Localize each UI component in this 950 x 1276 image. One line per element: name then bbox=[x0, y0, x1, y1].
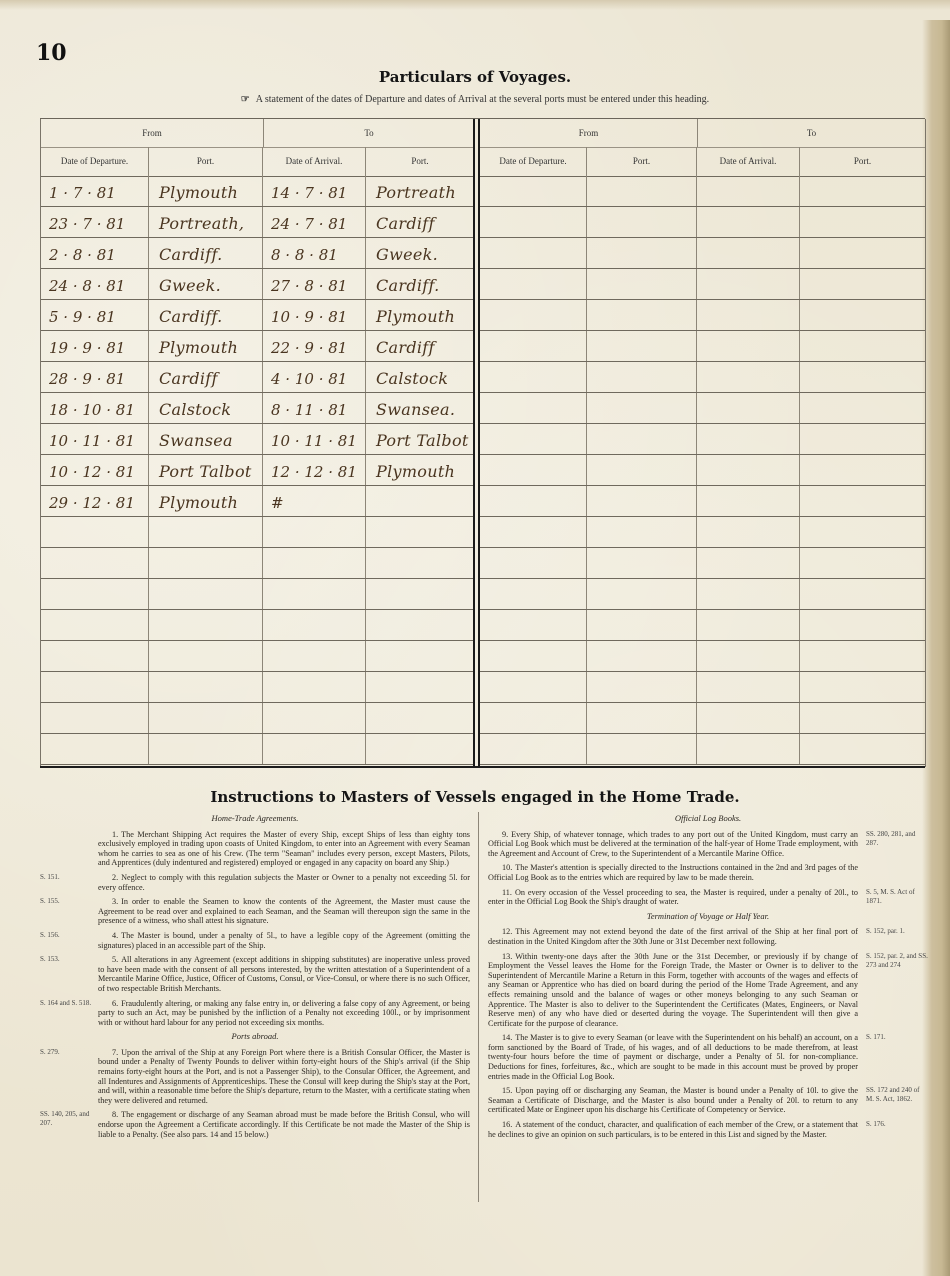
arrival-port-cell bbox=[366, 486, 474, 516]
arrival-date-cell bbox=[697, 238, 800, 268]
instruction-paragraph: 10.The Master's attention is specially d… bbox=[488, 863, 928, 882]
statute-reference: SS. 172 and 240 of M. S. Act, 1862. bbox=[858, 1086, 928, 1115]
departure-date-cell bbox=[480, 300, 587, 330]
statute-reference: S. 279. bbox=[40, 1048, 98, 1106]
arrival-port-cell bbox=[800, 703, 925, 733]
arrival-date-cell bbox=[697, 455, 800, 485]
departure-date-cell bbox=[41, 734, 149, 764]
arrival-port-cell: Cardiff. bbox=[366, 269, 474, 299]
statute-reference: S. 151. bbox=[40, 873, 98, 892]
arrival-date-cell bbox=[263, 517, 366, 547]
departure-date-cell bbox=[480, 269, 587, 299]
arrival-date-cell bbox=[263, 734, 366, 764]
departure-date-cell: 10 · 12 · 81 bbox=[41, 455, 149, 485]
departure-port-cell bbox=[587, 548, 697, 578]
paragraph-text: 10.The Master's attention is specially d… bbox=[488, 863, 858, 882]
instruction-paragraph: 9.Every Ship, of whatever tonnage, which… bbox=[488, 830, 928, 859]
departure-port-cell bbox=[149, 548, 263, 578]
departure-port-cell bbox=[149, 610, 263, 640]
arrival-date-cell: 14 · 7 · 81 bbox=[263, 176, 366, 206]
statute-reference bbox=[858, 863, 928, 882]
arrival-port-cell: Plymouth bbox=[366, 300, 474, 330]
table-row: 23 · 7 · 81Portreath,24 · 7 · 81Cardiff bbox=[41, 207, 474, 238]
paragraph-number: 10. bbox=[502, 863, 512, 872]
instruction-paragraph: 15.Upon paying off or discharging any Se… bbox=[488, 1086, 928, 1115]
paragraph-number: 16. bbox=[502, 1120, 512, 1129]
section-heading: Termination of Voyage or Half Year. bbox=[488, 912, 928, 922]
departure-date-cell bbox=[480, 517, 587, 547]
table-row-blank bbox=[480, 362, 925, 393]
group-header-from: From bbox=[41, 119, 263, 147]
table-row-blank bbox=[480, 269, 925, 300]
table-row-blank bbox=[480, 455, 925, 486]
instruction-paragraph: 12.This Agreement may not extend beyond … bbox=[488, 927, 928, 946]
table-row bbox=[41, 672, 474, 703]
departure-port-cell bbox=[587, 300, 697, 330]
arrival-date-cell bbox=[697, 703, 800, 733]
paragraph-text: 13.Within twenty-one days after the 30th… bbox=[488, 952, 858, 1029]
arrival-port-cell bbox=[800, 579, 925, 609]
table-bottom-rule bbox=[40, 766, 925, 768]
arrival-date-cell bbox=[697, 393, 800, 423]
departure-port-cell: Calstock bbox=[149, 393, 263, 423]
col-header-port: Port. bbox=[149, 147, 263, 176]
arrival-port-cell bbox=[800, 331, 925, 361]
paragraph-number: 9. bbox=[502, 830, 508, 839]
arrival-port-cell bbox=[800, 207, 925, 237]
col-header-date-of-departure: Date of Departure. bbox=[480, 147, 587, 176]
table-row-blank bbox=[480, 641, 925, 672]
departure-date-cell: 5 · 9 · 81 bbox=[41, 300, 149, 330]
col-header-date-of-departure: Date of Departure. bbox=[41, 147, 149, 176]
table-row: 18 · 10 · 81Calstock8 · 11 · 81Swansea. bbox=[41, 393, 474, 424]
statute-reference: S. 153. bbox=[40, 955, 98, 993]
arrival-port-cell bbox=[800, 610, 925, 640]
paragraph-body: The Merchant Shipping Act requires the M… bbox=[98, 830, 470, 868]
departure-port-cell bbox=[587, 703, 697, 733]
table-row-blank bbox=[480, 424, 925, 455]
paragraph-body: In order to enable the Seamen to know th… bbox=[98, 897, 470, 925]
arrival-date-cell bbox=[697, 486, 800, 516]
paragraph-number: 4. bbox=[112, 931, 118, 940]
table-row-blank bbox=[480, 548, 925, 579]
voyages-table: From To Date of Departure. Port. Date of… bbox=[40, 118, 925, 767]
paper-edge-top bbox=[0, 0, 950, 10]
table-row bbox=[41, 548, 474, 579]
arrival-port-cell bbox=[800, 455, 925, 485]
departure-date-cell: 1 · 7 · 81 bbox=[41, 176, 149, 206]
arrival-date-cell: 24 · 7 · 81 bbox=[263, 207, 366, 237]
paragraph-body: All alterations in any Agreement (except… bbox=[98, 955, 470, 993]
arrival-port-cell: Calstock bbox=[366, 362, 474, 392]
arrival-port-cell bbox=[366, 734, 474, 764]
table-row-blank bbox=[480, 517, 925, 548]
arrival-port-cell: Port Talbot bbox=[366, 424, 474, 454]
arrival-date-cell bbox=[697, 176, 800, 206]
departure-date-cell bbox=[480, 579, 587, 609]
departure-port-cell: Plymouth bbox=[149, 486, 263, 516]
arrival-date-cell bbox=[263, 610, 366, 640]
subtitle-text: A statement of the dates of Departure an… bbox=[256, 94, 709, 105]
instruction-paragraph: S. 155.3.In order to enable the Seamen t… bbox=[40, 897, 470, 926]
paragraph-body: Every Ship, of whatever tonnage, which t… bbox=[488, 830, 858, 858]
paragraph-number: 2. bbox=[112, 873, 118, 882]
arrival-date-cell: 22 · 9 · 81 bbox=[263, 331, 366, 361]
departure-date-cell bbox=[480, 672, 587, 702]
paragraph-number: 8. bbox=[112, 1110, 118, 1119]
page-title: Particulars of Voyages. bbox=[0, 68, 950, 86]
instruction-paragraph: 13.Within twenty-one days after the 30th… bbox=[488, 952, 928, 1029]
arrival-date-cell: 10 · 11 · 81 bbox=[263, 424, 366, 454]
paragraph-body: The engagement or discharge of any Seama… bbox=[98, 1110, 470, 1138]
paragraph-text: 16.A statement of the conduct, character… bbox=[488, 1120, 858, 1139]
arrival-port-cell: Cardiff bbox=[366, 207, 474, 237]
arrival-date-cell bbox=[697, 424, 800, 454]
departure-date-cell bbox=[480, 548, 587, 578]
departure-port-cell bbox=[587, 331, 697, 361]
paragraph-body: A statement of the conduct, character, a… bbox=[488, 1120, 858, 1139]
paragraph-text: 12.This Agreement may not extend beyond … bbox=[488, 927, 858, 946]
paragraph-body: The Master is bound, under a penalty of … bbox=[98, 931, 470, 950]
departure-date-cell bbox=[480, 331, 587, 361]
table-row bbox=[41, 641, 474, 672]
instruction-paragraph: S. 164 and S. 518.6.Fraudulently alterin… bbox=[40, 999, 470, 1028]
group-header-row: From To bbox=[480, 119, 925, 148]
arrival-date-cell: 27 · 8 · 81 bbox=[263, 269, 366, 299]
table-row bbox=[41, 579, 474, 610]
arrival-date-cell bbox=[697, 579, 800, 609]
departure-port-cell bbox=[587, 238, 697, 268]
statute-reference: S. 156. bbox=[40, 931, 98, 950]
instructions-right-column: Official Log Books.9.Every Ship, of what… bbox=[488, 812, 928, 1144]
arrival-port-cell bbox=[800, 734, 925, 764]
table-row-blank bbox=[480, 176, 925, 207]
voyages-table-left: From To Date of Departure. Port. Date of… bbox=[40, 119, 474, 767]
departure-date-cell bbox=[480, 176, 587, 206]
arrival-port-cell bbox=[800, 176, 925, 206]
departure-port-cell bbox=[149, 703, 263, 733]
arrival-port-cell bbox=[800, 300, 925, 330]
arrival-port-cell bbox=[800, 362, 925, 392]
voyages-table-right: From To Date of Departure. Port. Date of… bbox=[480, 119, 926, 767]
table-row: 1 · 7 · 81Plymouth14 · 7 · 81Portreath bbox=[41, 176, 474, 207]
statute-reference: SS. 280, 281, and 287. bbox=[858, 830, 928, 859]
table-row-blank bbox=[480, 393, 925, 424]
table-row-blank bbox=[480, 486, 925, 517]
statute-reference: S. 176. bbox=[858, 1120, 928, 1139]
instruction-paragraph: SS. 140, 205, and 207.8.The engagement o… bbox=[40, 1110, 470, 1139]
departure-date-cell: 29 · 12 · 81 bbox=[41, 486, 149, 516]
departure-port-cell bbox=[587, 610, 697, 640]
arrival-date-cell: 4 · 10 · 81 bbox=[263, 362, 366, 392]
table-row-blank bbox=[480, 207, 925, 238]
departure-date-cell bbox=[480, 207, 587, 237]
instruction-paragraph: 16.A statement of the conduct, character… bbox=[488, 1120, 928, 1139]
paragraph-body: The Master is to give to every Seaman (o… bbox=[488, 1033, 858, 1080]
arrival-port-cell bbox=[366, 703, 474, 733]
arrival-port-cell bbox=[800, 641, 925, 671]
statute-reference: S. 155. bbox=[40, 897, 98, 926]
departure-date-cell bbox=[480, 455, 587, 485]
arrival-date-cell bbox=[697, 641, 800, 671]
table-row-blank bbox=[480, 672, 925, 703]
statute-reference: SS. 140, 205, and 207. bbox=[40, 1110, 98, 1139]
arrival-date-cell: 8 · 8 · 81 bbox=[263, 238, 366, 268]
statute-reference bbox=[40, 830, 98, 868]
departure-port-cell: Plymouth bbox=[149, 176, 263, 206]
arrival-port-cell bbox=[800, 548, 925, 578]
instruction-paragraph: 1.The Merchant Shipping Act requires the… bbox=[40, 830, 470, 868]
arrival-port-cell bbox=[800, 517, 925, 547]
column-separator bbox=[478, 812, 479, 1202]
arrival-date-cell bbox=[697, 548, 800, 578]
departure-port-cell bbox=[587, 207, 697, 237]
instruction-paragraph: S. 151.2.Neglect to comply with this reg… bbox=[40, 873, 470, 892]
departure-date-cell: 23 · 7 · 81 bbox=[41, 207, 149, 237]
departure-date-cell bbox=[480, 610, 587, 640]
section-heading: Official Log Books. bbox=[488, 814, 928, 824]
departure-port-cell bbox=[587, 176, 697, 206]
departure-date-cell: 10 · 11 · 81 bbox=[41, 424, 149, 454]
departure-port-cell bbox=[587, 393, 697, 423]
group-header-from: From bbox=[480, 119, 697, 147]
arrival-date-cell bbox=[697, 207, 800, 237]
departure-date-cell bbox=[480, 641, 587, 671]
arrival-port-cell bbox=[366, 579, 474, 609]
departure-date-cell bbox=[41, 672, 149, 702]
paragraph-number: 15. bbox=[502, 1086, 512, 1095]
voyage-rows-blank bbox=[480, 176, 925, 765]
arrival-date-cell: 10 · 9 · 81 bbox=[263, 300, 366, 330]
table-row: 19 · 9 · 81Plymouth22 · 9 · 81Cardiff bbox=[41, 331, 474, 362]
paragraph-number: 7. bbox=[112, 1048, 118, 1057]
arrival-date-cell bbox=[697, 517, 800, 547]
section-heading: Home-Trade Agreements. bbox=[40, 814, 470, 824]
paragraph-text: 15.Upon paying off or discharging any Se… bbox=[488, 1086, 858, 1115]
arrival-date-cell bbox=[697, 300, 800, 330]
departure-date-cell bbox=[480, 238, 587, 268]
arrival-port-cell: Gweek. bbox=[366, 238, 474, 268]
arrival-port-cell bbox=[800, 393, 925, 423]
paragraph-text: 7.Upon the arrival of the Ship at any Fo… bbox=[98, 1048, 470, 1106]
arrival-date-cell bbox=[263, 703, 366, 733]
departure-date-cell bbox=[41, 703, 149, 733]
arrival-port-cell: Plymouth bbox=[366, 455, 474, 485]
col-header-date-of-arrival: Date of Arrival. bbox=[697, 147, 800, 176]
arrival-date-cell bbox=[697, 610, 800, 640]
table-row bbox=[41, 703, 474, 734]
arrival-port-cell: Swansea. bbox=[366, 393, 474, 423]
departure-date-cell bbox=[480, 424, 587, 454]
table-row: 10 · 11 · 81Swansea10 · 11 · 81Port Talb… bbox=[41, 424, 474, 455]
paragraph-text: 3.In order to enable the Seamen to know … bbox=[98, 897, 470, 926]
arrival-date-cell bbox=[263, 641, 366, 671]
departure-port-cell bbox=[587, 486, 697, 516]
voyage-rows: 1 · 7 · 81Plymouth14 · 7 · 81Portreath23… bbox=[41, 176, 474, 765]
arrival-port-cell bbox=[366, 672, 474, 702]
col-header-port: Port. bbox=[800, 147, 925, 176]
arrival-port-cell bbox=[366, 548, 474, 578]
departure-date-cell: 28 · 9 · 81 bbox=[41, 362, 149, 392]
departure-port-cell bbox=[587, 517, 697, 547]
departure-date-cell bbox=[41, 579, 149, 609]
table-row-blank bbox=[480, 238, 925, 269]
paragraph-number: 11. bbox=[502, 888, 512, 897]
departure-port-cell bbox=[587, 672, 697, 702]
instruction-paragraph: 11.On every occasion of the Vessel proce… bbox=[488, 888, 928, 907]
arrival-port-cell bbox=[800, 486, 925, 516]
paragraph-body: Fraudulently altering, or making any fal… bbox=[98, 999, 470, 1027]
arrival-port-cell bbox=[366, 610, 474, 640]
departure-port-cell bbox=[149, 517, 263, 547]
double-rule-divider bbox=[473, 119, 480, 767]
departure-date-cell bbox=[41, 517, 149, 547]
section-heading: Ports abroad. bbox=[40, 1032, 470, 1042]
instruction-paragraph: S. 153.5.All alterations in any Agreemen… bbox=[40, 955, 470, 993]
statute-reference: S. 171. bbox=[858, 1033, 928, 1081]
arrival-date-cell bbox=[697, 672, 800, 702]
departure-date-cell: 2 · 8 · 81 bbox=[41, 238, 149, 268]
document-page: 10 Particulars of Voyages. ☞ A statement… bbox=[0, 0, 950, 1276]
departure-port-cell bbox=[587, 641, 697, 671]
table-row bbox=[41, 734, 474, 765]
table-row: 28 · 9 · 81Cardiff4 · 10 · 81Calstock bbox=[41, 362, 474, 393]
arrival-date-cell: 8 · 11 · 81 bbox=[263, 393, 366, 423]
paragraph-number: 12. bbox=[502, 927, 512, 936]
group-header-to: To bbox=[697, 119, 925, 147]
arrival-port-cell bbox=[800, 424, 925, 454]
departure-port-cell bbox=[587, 579, 697, 609]
arrival-date-cell bbox=[263, 579, 366, 609]
departure-port-cell bbox=[149, 734, 263, 764]
table-row: 24 · 8 · 81Gweek.27 · 8 · 81Cardiff. bbox=[41, 269, 474, 300]
table-row-blank bbox=[480, 610, 925, 641]
arrival-port-cell bbox=[366, 517, 474, 547]
table-row-blank bbox=[480, 331, 925, 362]
statute-reference: S. 164 and S. 518. bbox=[40, 999, 98, 1028]
arrival-port-cell: Cardiff bbox=[366, 331, 474, 361]
arrival-date-cell bbox=[263, 548, 366, 578]
arrival-port-cell bbox=[800, 672, 925, 702]
paragraph-number: 5. bbox=[112, 955, 118, 964]
paragraph-number: 6. bbox=[112, 999, 118, 1008]
column-header-row: Date of Departure. Port. Date of Arrival… bbox=[41, 147, 474, 177]
departure-date-cell bbox=[480, 393, 587, 423]
paragraph-body: This Agreement may not extend beyond the… bbox=[488, 927, 858, 946]
arrival-date-cell bbox=[263, 672, 366, 702]
departure-date-cell bbox=[41, 641, 149, 671]
departure-date-cell bbox=[41, 610, 149, 640]
paragraph-body: The Master's attention is specially dire… bbox=[488, 863, 858, 882]
arrival-date-cell bbox=[697, 734, 800, 764]
column-header-row: Date of Departure. Port. Date of Arrival… bbox=[480, 147, 925, 177]
group-header-row: From To bbox=[41, 119, 474, 148]
instruction-paragraph: S. 279.7.Upon the arrival of the Ship at… bbox=[40, 1048, 470, 1106]
departure-port-cell bbox=[149, 579, 263, 609]
paragraph-body: On every occasion of the Vessel proceedi… bbox=[488, 888, 858, 907]
table-row bbox=[41, 610, 474, 641]
arrival-date-cell: # bbox=[263, 486, 366, 516]
paragraph-text: 4.The Master is bound, under a penalty o… bbox=[98, 931, 470, 950]
arrival-port-cell bbox=[800, 238, 925, 268]
col-header-date-of-arrival: Date of Arrival. bbox=[263, 147, 366, 176]
paragraph-text: 9.Every Ship, of whatever tonnage, which… bbox=[488, 830, 858, 859]
instruction-paragraph: S. 156.4.The Master is bound, under a pe… bbox=[40, 931, 470, 950]
arrival-port-cell bbox=[800, 269, 925, 299]
page-number: 10 bbox=[36, 40, 67, 66]
table-row: 5 · 9 · 81Cardiff.10 · 9 · 81Plymouth bbox=[41, 300, 474, 331]
paragraph-text: 6.Fraudulently altering, or making any f… bbox=[98, 999, 470, 1028]
departure-date-cell bbox=[480, 734, 587, 764]
departure-port-cell: Port Talbot bbox=[149, 455, 263, 485]
departure-date-cell bbox=[480, 362, 587, 392]
page-subtitle: ☞ A statement of the dates of Departure … bbox=[0, 94, 950, 105]
arrival-date-cell bbox=[697, 362, 800, 392]
paragraph-number: 14. bbox=[502, 1033, 512, 1042]
departure-port-cell bbox=[587, 424, 697, 454]
statute-reference: S. 152, par. 2, and SS. 273 and 274 bbox=[858, 952, 928, 1029]
arrival-date-cell: 12 · 12 · 81 bbox=[263, 455, 366, 485]
departure-port-cell bbox=[149, 641, 263, 671]
table-row bbox=[41, 517, 474, 548]
table-row-blank bbox=[480, 300, 925, 331]
departure-port-cell bbox=[587, 455, 697, 485]
paragraph-number: 3. bbox=[112, 897, 118, 906]
departure-date-cell: 24 · 8 · 81 bbox=[41, 269, 149, 299]
departure-date-cell bbox=[480, 703, 587, 733]
col-header-port: Port. bbox=[366, 147, 474, 176]
paragraph-text: 14.The Master is to give to every Seaman… bbox=[488, 1033, 858, 1081]
departure-port-cell: Swansea bbox=[149, 424, 263, 454]
paragraph-text: 2.Neglect to comply with this regulation… bbox=[98, 873, 470, 892]
arrival-date-cell bbox=[697, 331, 800, 361]
col-header-port: Port. bbox=[587, 147, 697, 176]
paragraph-body: Neglect to comply with this regulation s… bbox=[98, 873, 470, 892]
paragraph-text: 1.The Merchant Shipping Act requires the… bbox=[98, 830, 470, 868]
statute-reference: S. 5, M. S. Act of 1871. bbox=[858, 888, 928, 907]
departure-date-cell: 19 · 9 · 81 bbox=[41, 331, 149, 361]
table-row-blank bbox=[480, 579, 925, 610]
group-header-to: To bbox=[263, 119, 474, 147]
arrival-port-cell: Portreath bbox=[366, 176, 474, 206]
statute-reference: S. 152, par. 1. bbox=[858, 927, 928, 946]
instructions-left-column: Home-Trade Agreements.1.The Merchant Shi… bbox=[40, 812, 470, 1144]
departure-date-cell bbox=[41, 548, 149, 578]
departure-port-cell bbox=[149, 672, 263, 702]
departure-port-cell bbox=[587, 734, 697, 764]
paragraph-text: 8.The engagement or discharge of any Sea… bbox=[98, 1110, 470, 1139]
paragraph-body: Upon paying off or discharging any Seama… bbox=[488, 1086, 858, 1114]
table-row-blank bbox=[480, 703, 925, 734]
arrival-port-cell bbox=[366, 641, 474, 671]
table-row: 29 · 12 · 81Plymouth# bbox=[41, 486, 474, 517]
table-row: 10 · 12 · 81Port Talbot12 · 12 · 81Plymo… bbox=[41, 455, 474, 486]
instructions-title: Instructions to Masters of Vessels engag… bbox=[0, 788, 950, 806]
arrival-date-cell bbox=[697, 269, 800, 299]
departure-port-cell: Gweek. bbox=[149, 269, 263, 299]
paragraph-text: 5.All alterations in any Agreement (exce… bbox=[98, 955, 470, 993]
departure-port-cell: Portreath, bbox=[149, 207, 263, 237]
departure-date-cell: 18 · 10 · 81 bbox=[41, 393, 149, 423]
instruction-paragraph: 14.The Master is to give to every Seaman… bbox=[488, 1033, 928, 1081]
table-row-blank bbox=[480, 734, 925, 765]
departure-port-cell bbox=[587, 269, 697, 299]
departure-port-cell: Cardiff bbox=[149, 362, 263, 392]
paragraph-body: Within twenty-one days after the 30th Ju… bbox=[488, 952, 858, 1028]
paragraph-body: Upon the arrival of the Ship at any Fore… bbox=[98, 1048, 470, 1105]
table-row: 2 · 8 · 81Cardiff.8 · 8 · 81Gweek. bbox=[41, 238, 474, 269]
departure-port-cell: Cardiff. bbox=[149, 238, 263, 268]
